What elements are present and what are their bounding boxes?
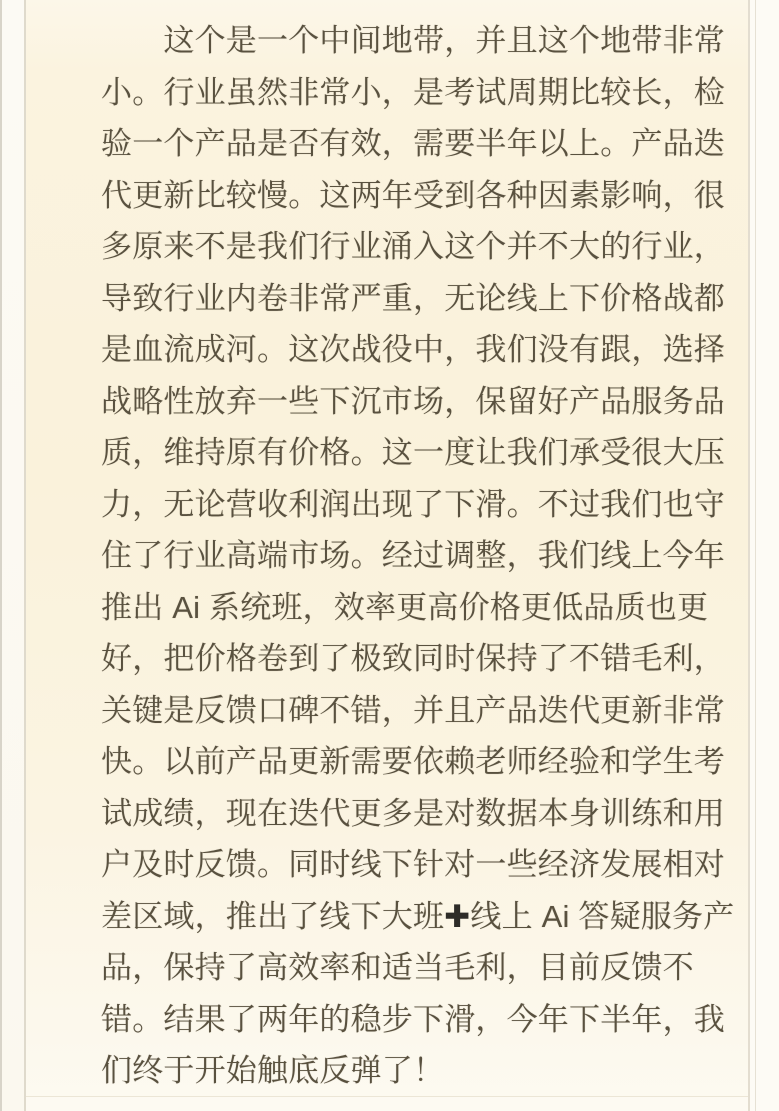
text-line: 推出 Ai 系统班，效率更高价格更低品质也更	[101, 582, 734, 634]
text-line: 差区域，推出了线下大班✚线上 Ai 答疑服务产	[101, 891, 734, 943]
left-rule-line	[24, 0, 26, 1111]
text-line: 战略性放弃一些下沉市场，保留好产品服务品	[101, 376, 734, 428]
right-rule-line-inner	[748, 0, 750, 1111]
text-line: 代更新比较慢。这两年受到各种因素影响，很	[101, 170, 734, 222]
text-line: 户及时反馈。同时线下针对一些经济发展相对	[101, 839, 734, 891]
text-line: 力，无论营收利润出现了下滑。不过我们也守	[101, 479, 734, 531]
text-line: 导致行业内卷非常严重，无论线上下价格战都	[101, 273, 734, 325]
text-line: 快。以前产品更新需要依赖老师经验和学生考	[101, 736, 734, 788]
text-panel: 这个是一个中间地带，并且这个地带非常小。行业虽然非常小，是考试周期比较长，检验一…	[26, 0, 748, 1111]
text-line: 小。行业虽然非常小，是考试周期比较长，检	[101, 67, 734, 119]
text-line: 这个是一个中间地带，并且这个地带非常	[101, 15, 734, 67]
text-line: 试成绩，现在迭代更多是对数据本身训练和用	[101, 788, 734, 840]
text-line: 验一个产品是否有效，需要半年以上。产品迭	[101, 118, 734, 170]
text-line: 品，保持了高效率和适当毛利，目前反馈不	[101, 942, 734, 994]
text-line: 住了行业高端市场。经过调整，我们线上今年	[101, 530, 734, 582]
text-line: 是血流成河。这次战役中，我们没有跟，选择	[101, 324, 734, 376]
text-line: 们终于开始触底反弹了！	[101, 1045, 734, 1097]
bottom-margin-band	[26, 1096, 748, 1111]
right-rule-line-outer	[755, 0, 756, 1111]
text-line: 错。结果了两年的稳步下滑，今年下半年，我	[101, 994, 734, 1046]
page-left-edge	[0, 0, 2, 1111]
paragraph-text: 这个是一个中间地带，并且这个地带非常小。行业虽然非常小，是考试周期比较长，检验一…	[101, 15, 734, 1097]
text-line: 多原来不是我们行业涌入这个并不大的行业，	[101, 221, 734, 273]
document-page: 这个是一个中间地带，并且这个地带非常小。行业虽然非常小，是考试周期比较长，检验一…	[0, 0, 779, 1111]
left-margin	[0, 0, 24, 1111]
text-line: 好，把价格卷到了极致同时保持了不错毛利，	[101, 633, 734, 685]
text-line: 质，维持原有价格。这一度让我们承受很大压	[101, 427, 734, 479]
text-line: 关键是反馈口碑不错，并且产品迭代更新非常	[101, 685, 734, 737]
heavy-plus-icon: ✚	[444, 899, 470, 934]
